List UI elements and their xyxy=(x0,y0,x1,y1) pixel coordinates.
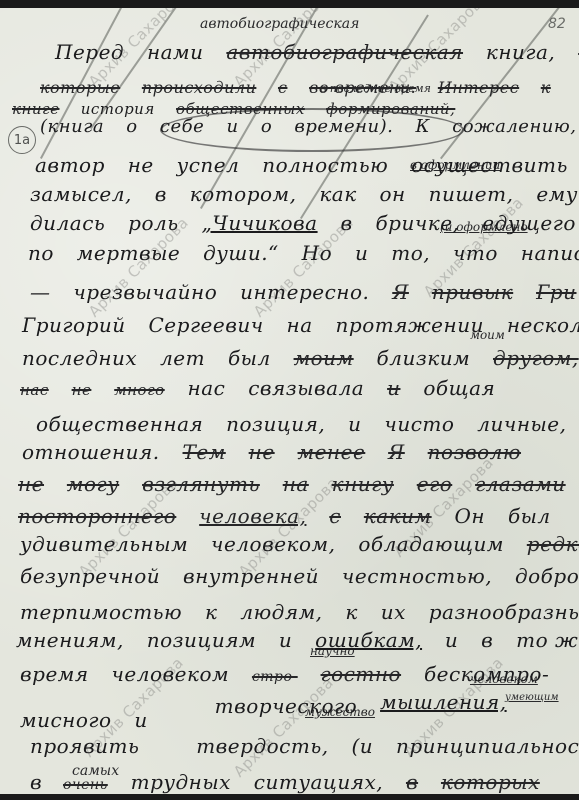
word: времени). xyxy=(294,116,393,137)
word: (и xyxy=(351,734,373,758)
word: лет xyxy=(160,346,205,370)
word: о xyxy=(261,116,272,137)
word: дилась xyxy=(30,211,105,235)
word: ему xyxy=(536,182,578,206)
word: принципиальность xyxy=(396,734,579,758)
word: чрезвычайно xyxy=(73,280,217,304)
word: людям, xyxy=(240,600,322,624)
word: обладающим xyxy=(358,532,504,556)
word: сожалению, xyxy=(452,116,576,137)
word: то же xyxy=(516,628,579,652)
word: нас xyxy=(188,376,226,400)
text-line: автор не успел полностью осуществить сво… xyxy=(35,153,579,177)
word: мисного xyxy=(20,708,112,732)
word: он xyxy=(380,182,406,206)
struck-word: и xyxy=(387,376,400,400)
word: время xyxy=(20,662,89,686)
word: и xyxy=(226,116,238,137)
text-line: которые происходили с во времени. Интере… xyxy=(40,78,567,97)
word: твердость, xyxy=(196,734,328,758)
struck-word: автобиографическая xyxy=(226,40,463,64)
word: их xyxy=(381,600,406,624)
struck-word: человека, xyxy=(199,504,306,528)
struck-word: не xyxy=(249,440,275,464)
page-number: 82 xyxy=(548,16,566,32)
word: позициям xyxy=(147,628,256,652)
word: не xyxy=(128,153,154,177)
word: интересно. xyxy=(240,280,369,304)
struck-word: гостно xyxy=(321,662,402,686)
word: в xyxy=(30,770,42,794)
word: — xyxy=(30,280,51,304)
word: ситуациях, xyxy=(254,770,383,794)
text-line: Перед нами автобиографическая книга, кто… xyxy=(55,40,579,64)
struck-word: много xyxy=(114,381,164,399)
word: замысел, xyxy=(30,182,132,206)
word: последних xyxy=(22,346,137,370)
struck-word: моим xyxy=(294,346,354,370)
insertion-text: автобиографическая xyxy=(200,16,359,32)
struck-word: с xyxy=(329,504,341,528)
word: Григорий xyxy=(22,313,126,337)
struck-word: могу xyxy=(67,472,119,496)
word: книга, xyxy=(486,40,555,64)
word: в xyxy=(155,182,167,206)
text-line: отношения. Тем не менее Я позволю xyxy=(22,440,537,464)
word: и xyxy=(279,628,292,652)
text-line: замысел, в котором, как он пишет, ему от… xyxy=(30,182,579,206)
word: едущего xyxy=(482,211,576,235)
struck-word: в xyxy=(406,770,418,794)
word: то, xyxy=(391,241,430,265)
struck-word: взглянуть xyxy=(142,472,260,496)
word: автор xyxy=(35,153,105,177)
word: человеком, xyxy=(211,532,335,556)
word: чисто xyxy=(384,412,454,436)
word: безупречной xyxy=(20,564,160,588)
text-line: не могу взглянуть на книгу его глазами xyxy=(18,472,579,496)
struck-word: стро- xyxy=(252,669,298,685)
text-line: в очень трудных ситуациях, в которых xyxy=(30,770,556,794)
word: роль xyxy=(128,211,178,235)
word: „Чичикова xyxy=(202,211,318,235)
word: бричке, xyxy=(375,211,459,235)
word: осуществить xyxy=(411,153,568,177)
word: в xyxy=(340,211,352,235)
word: позиция, xyxy=(226,412,325,436)
text-line: (книга о себе и о времени). К сожалению, xyxy=(40,116,579,137)
word: отношения. xyxy=(22,440,160,464)
word: человеком xyxy=(111,662,229,686)
word: полностью xyxy=(262,153,388,177)
struck-word: менее xyxy=(298,440,366,464)
text-line: общественная позиция, и чисто личные, се… xyxy=(36,412,579,436)
struck-word: с xyxy=(278,78,287,97)
word: пишет, xyxy=(429,182,514,206)
struck-word: глазами xyxy=(475,472,566,496)
word: мертвые xyxy=(77,241,180,265)
margin-label: 1a xyxy=(8,126,36,154)
word: котором, xyxy=(190,182,297,206)
struck-word: Гри xyxy=(536,280,576,304)
struck-word: Интерес xyxy=(438,78,519,97)
word: ошибкам, xyxy=(315,628,422,652)
struck-word: к xyxy=(541,78,551,97)
struck-word: Я xyxy=(388,440,405,464)
word: написано) xyxy=(521,241,579,265)
text-line: — чрезвычайно интересно. Я привык Гри xyxy=(30,280,579,304)
word: был xyxy=(508,504,551,528)
word: бескомпро- xyxy=(424,662,549,686)
text-line: Григорий Сергеевич на протяжении несколь… xyxy=(22,313,579,337)
text-line: время человеком стро- гостно бескомпро- xyxy=(20,662,565,686)
manuscript-page: Архив Сахарова Архив Сахарова Архив Саха… xyxy=(0,8,579,794)
struck-word: постороннего xyxy=(18,504,176,528)
word: мнениям, xyxy=(16,628,124,652)
struck-word: книгу xyxy=(332,472,394,496)
struck-word: его xyxy=(417,472,452,496)
scan-top-border xyxy=(0,0,579,8)
struck-word: на xyxy=(283,472,309,496)
struck-word: позволю xyxy=(428,440,521,464)
word: общая xyxy=(423,376,495,400)
word: и xyxy=(445,628,458,652)
word: творческого xyxy=(215,694,358,718)
insertion-text: умеющим xyxy=(505,692,559,703)
word: разнообразным xyxy=(429,600,579,624)
word: что xyxy=(453,241,498,265)
word: нами xyxy=(147,40,204,64)
word: на xyxy=(287,313,313,337)
struck-word: происходили xyxy=(142,78,257,97)
text-line: удивительным человеком, обладающим редко… xyxy=(20,532,579,556)
word: связывала xyxy=(248,376,364,400)
word: и xyxy=(348,412,361,436)
scan-bottom-border xyxy=(0,794,579,800)
struck-word: редкой xyxy=(527,532,579,556)
word: Перед xyxy=(55,40,124,64)
struck-word: другом, xyxy=(493,346,579,370)
word: и xyxy=(355,241,368,265)
word: к xyxy=(345,600,357,624)
word: души.“ xyxy=(203,241,279,265)
text-line: терпимостью к людям, к их разнообразным xyxy=(20,600,579,624)
word: протяжении xyxy=(336,313,484,337)
struck-word: очень xyxy=(63,777,108,793)
word: и xyxy=(134,708,147,732)
struck-word: Тем xyxy=(183,440,226,464)
word: был xyxy=(228,346,271,370)
struck-word: не xyxy=(72,381,92,399)
word: трудных xyxy=(131,770,231,794)
struck-word: Я xyxy=(392,280,409,304)
word: как xyxy=(319,182,356,206)
word: о xyxy=(126,116,137,137)
word: успел xyxy=(177,153,240,177)
word: себе xyxy=(160,116,204,137)
text-line: безупречной внутренней честностью, добро… xyxy=(20,564,579,588)
word: Он xyxy=(455,504,486,528)
text-line: последних лет был моим близким другом, xyxy=(22,346,579,370)
word: в xyxy=(481,628,493,652)
text-line: мисного и творческого мышления, xyxy=(20,708,523,732)
struck-word: не xyxy=(18,472,44,496)
struck-word: которых xyxy=(441,770,540,794)
word: терпимостью xyxy=(20,600,182,624)
word: Но xyxy=(302,241,332,265)
word: К xyxy=(416,116,430,137)
word: мышления, xyxy=(380,690,507,714)
word: честностью, xyxy=(342,564,492,588)
text-line: проявить твердость, (и принципиальность xyxy=(30,734,579,758)
word: внутренней xyxy=(183,564,319,588)
struck-word: привык xyxy=(432,280,513,304)
word: добротой, xyxy=(515,564,579,588)
text-line: мнениям, позициям и ошибкам, и в то же xyxy=(16,628,579,652)
word: удивительным xyxy=(20,532,188,556)
word: Сергеевич xyxy=(149,313,264,337)
struck-word: во времени. xyxy=(309,78,416,97)
word: нескольких xyxy=(507,313,579,337)
word: личные, xyxy=(477,412,566,436)
word: к xyxy=(205,600,217,624)
struck-word: нас xyxy=(20,381,49,399)
text-line: постороннего человека, с каким Он был xyxy=(18,504,567,528)
word: по xyxy=(28,241,54,265)
text-line: по мертвые души.“ Но и то, что написано) xyxy=(28,241,579,265)
word: (книга xyxy=(40,116,104,137)
struck-word: которые xyxy=(40,78,120,97)
text-line: нас не много нас связывала и общая xyxy=(20,376,511,400)
word: проявить xyxy=(30,734,139,758)
word: близким xyxy=(377,346,471,370)
word: общественная xyxy=(36,412,203,436)
text-line: дилась роль „Чичикова в бричке, едущего xyxy=(30,211,579,235)
struck-word: каким xyxy=(364,504,432,528)
